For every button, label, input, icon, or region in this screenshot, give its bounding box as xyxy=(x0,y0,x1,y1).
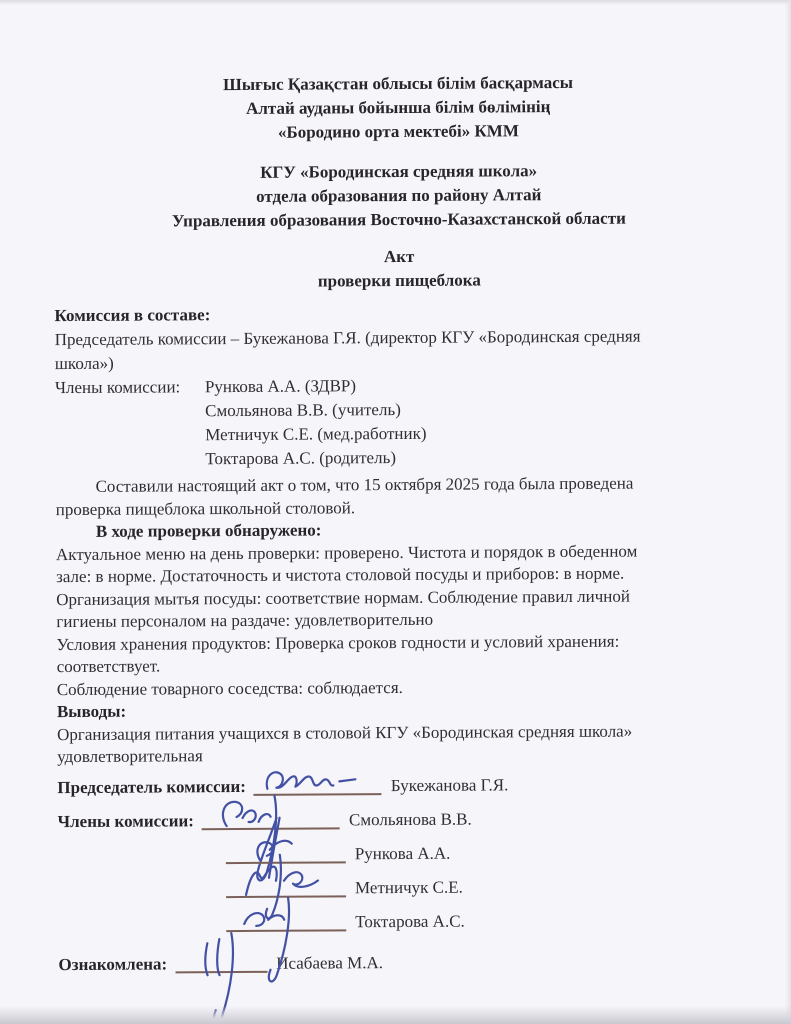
org-header-kazakh: Шығыс Қазақстан облысы білім басқармасы … xyxy=(53,0,744,146)
signature-row-member: Рункова А.А. xyxy=(58,841,748,879)
member-signature-line xyxy=(226,861,346,864)
scanned-document-page: Шығыс Қазақстан облысы білім басқармасы … xyxy=(0,0,791,1024)
signature-row-member: Метничук С.Е. xyxy=(58,875,748,913)
acknowledged-label: Ознакомлена: xyxy=(58,954,167,975)
member-signature-name: Метничук С.Е. xyxy=(355,877,463,898)
conclusion-line: удовлетворительная xyxy=(57,742,747,769)
signature-row-member: Токтарова А.С. xyxy=(58,909,748,947)
signature-row-member: Члены комиссии: Смольянова В.В. xyxy=(58,807,748,845)
org-header-russian: КГУ «Бородинская средняя школа» отдела о… xyxy=(54,158,744,234)
title-line: проверки пищеблока xyxy=(54,267,744,295)
member-signature-line xyxy=(226,895,346,898)
signatures-section: Председатель комиссии: Букежанова Г.Я. Ч… xyxy=(57,773,748,988)
org-header-kk-line: «Бородино орта мектебі» КММ xyxy=(53,118,743,146)
signature-row-chairman: Председатель комиссии: Букежанова Г.Я. xyxy=(57,773,747,811)
acknowledged-signature-line xyxy=(175,970,267,973)
document-content: Шығыс Қазақстан облысы білім басқармасы … xyxy=(53,0,749,989)
chairman-signature-label: Председатель комиссии: xyxy=(57,776,246,797)
commission-member: Токтарова А.С. (родитель) xyxy=(55,444,745,472)
member-signature-name: Токтарова А.С. xyxy=(355,911,465,932)
scan-edge-bottom xyxy=(0,1006,791,1024)
member-signature-line xyxy=(202,827,340,830)
acknowledged-signature-name: Исабаева М.А. xyxy=(276,953,383,974)
member-signature-name: Смольянова В.В. xyxy=(349,809,472,830)
signature-row-acknowledged: Ознакомлена: Исабаева М.А. xyxy=(58,950,748,988)
commission-section: Комиссия в составе: Председатель комисси… xyxy=(54,300,745,472)
member-signature-name: Рункова А.А. xyxy=(355,843,451,864)
org-header-ru-line: Управления образования Восточно-Казахста… xyxy=(54,206,744,234)
commission-members-label: Члены комиссии: xyxy=(55,375,205,400)
commission-member: Рункова А.А. (ЗДВР) xyxy=(205,376,356,396)
member-signature-line xyxy=(226,929,346,932)
document-body: Составили настоящий акт о том, что 15 ок… xyxy=(55,472,747,769)
scan-edge-right xyxy=(785,0,791,1024)
chairman-signature-line xyxy=(254,793,382,796)
members-signature-label: Члены комиссии: xyxy=(58,811,194,832)
chairman-signature-name: Букежанова Г.Я. xyxy=(391,775,509,796)
document-title: Акт проверки пищеблока xyxy=(54,243,744,295)
